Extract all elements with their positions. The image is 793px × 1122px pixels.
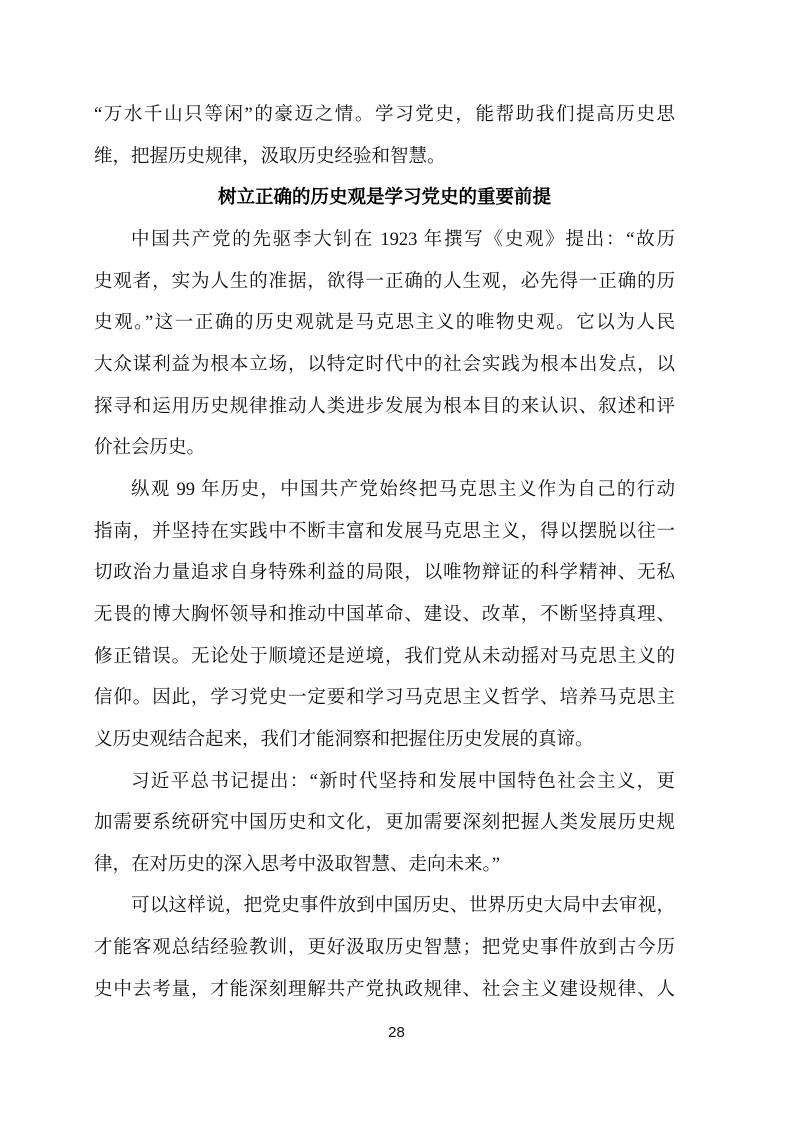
- text-line: 义历史观结合起来，我们才能洞察和把握住历史发展的真谛。: [94, 720, 675, 762]
- text-line: 信仰。因此，学习党史一定要和学习马克思主义哲学、培养马克思主: [94, 678, 675, 720]
- page-number: 28: [0, 1024, 793, 1041]
- text-line: 律，在对历史的深入思考中汲取智慧、走向未来。”: [94, 845, 675, 887]
- text-line: 纵观 99 年历史，中国共产党始终把马克思主义作为自己的行动: [94, 470, 675, 512]
- text-line: “万水千山只等闲”的豪迈之情。学习党史，能帮助我们提高历史思: [94, 95, 675, 137]
- text-line: 加需要系统研究中国历史和文化，更加需要深刻把握人类发展历史规: [94, 803, 675, 845]
- text-line: 探寻和运用历史规律推动人类进步发展为根本目的来认识、叙述和评: [94, 387, 675, 429]
- document-page: “万水千山只等闲”的豪迈之情。学习党史，能帮助我们提高历史思 维，把握历史规律，…: [0, 0, 793, 1122]
- text-line: 中国共产党的先驱李大钊在 1923 年撰写《史观》提出：“故历: [94, 220, 675, 262]
- text-line: 指南，并坚持在实践中不断丰富和发展马克思主义，得以摆脱以往一: [94, 512, 675, 554]
- text-line: 史中去考量，才能深刻理解共产党执政规律、社会主义建设规律、人: [94, 970, 675, 1012]
- text-line: 价社会历史。: [94, 428, 675, 470]
- text-line: 可以这样说，把党史事件放到中国历史、世界历史大局中去审视，: [94, 886, 675, 928]
- text-line: 大众谋利益为根本立场，以特定时代中的社会实践为根本出发点，以: [94, 345, 675, 387]
- text-line: 习近平总书记提出：“新时代坚持和发展中国特色社会主义，更: [94, 762, 675, 804]
- text-line: 史观者，实为人生的准据，欲得一正确的人生观，必先得一正确的历: [94, 262, 675, 304]
- section-heading: 树立正确的历史观是学习党史的重要前提: [94, 178, 675, 220]
- text-line: 切政治力量追求自身特殊利益的局限，以唯物辩证的科学精神、无私: [94, 553, 675, 595]
- text-block: “万水千山只等闲”的豪迈之情。学习党史，能帮助我们提高历史思 维，把握历史规律，…: [94, 95, 675, 1011]
- text-line: 无畏的博大胸怀领导和推动中国革命、建设、改革，不断坚持真理、: [94, 595, 675, 637]
- text-line: 修正错误。无论处于顺境还是逆境，我们党从未动摇对马克思主义的: [94, 637, 675, 679]
- text-line: 史观。”这一正确的历史观就是马克思主义的唯物史观。它以为人民: [94, 303, 675, 345]
- text-line: 维，把握历史规律，汲取历史经验和智慧。: [94, 137, 675, 179]
- text-line: 才能客观总结经验教训，更好汲取历史智慧；把党史事件放到古今历: [94, 928, 675, 970]
